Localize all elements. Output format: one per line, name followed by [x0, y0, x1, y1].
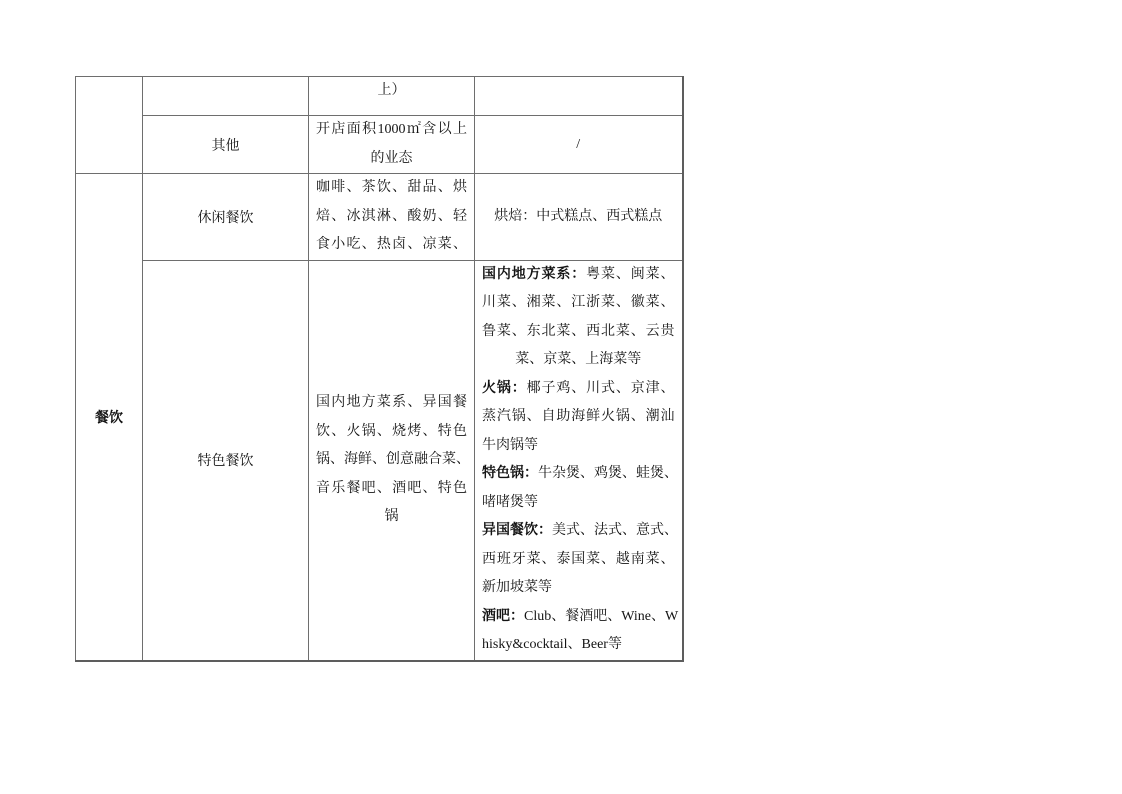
cell-section-catering: 餐饮 — [76, 174, 143, 662]
cell-special-dining-label: 特色餐饮 — [143, 260, 309, 661]
cell-other-note: / — [475, 116, 683, 174]
text-line: 啫啫煲等 — [482, 489, 675, 518]
cell-special-dining-detail: 国内地方菜系：粤菜、闽菜、川菜、湘菜、江浙菜、徽菜、鲁菜、东北菜、西北菜、云贵菜… — [475, 260, 683, 661]
text-line: 国内地方菜系：粤菜、闽菜、 — [482, 261, 675, 290]
text-line: 咖啡、茶饮、甜品、烘 — [316, 174, 467, 203]
table-row: 特色餐饮 国内地方菜系、异国餐饮、火锅、烧烤、特色锅、海鲜、创意融合菜、音乐餐吧… — [76, 260, 683, 661]
text-line: hisky&cocktail、Beer等 — [482, 631, 675, 660]
document-page: 上） 其他 开店面积1000㎡含以上的业态 / 餐饮 休闲餐饮 咖啡、茶饮、甜品… — [0, 0, 1122, 794]
text-line: 特色锅：牛杂煲、鸡煲、蛙煲、 — [482, 460, 675, 489]
text-line: 新加坡菜等 — [482, 574, 675, 603]
text-line: 焙、冰淇淋、酸奶、轻 — [316, 203, 467, 232]
text-line: 异国餐饮：美式、法式、意式、 — [482, 517, 675, 546]
cell-other-description: 开店面积1000㎡含以上的业态 — [309, 116, 475, 174]
cell-other-label: 其他 — [143, 116, 309, 174]
text-line: 酒吧：Club、餐酒吧、Wine、W — [482, 603, 675, 632]
cell-continuation-text: 上） — [309, 77, 475, 116]
text-line: 食小吃、热卤、凉菜、 — [316, 231, 467, 260]
text-line: 菜、京菜、上海菜等 — [482, 346, 675, 375]
cell-lines: 上） — [316, 77, 467, 106]
table-row: 餐饮 休闲餐饮 咖啡、茶饮、甜品、烘焙、冰淇淋、酸奶、轻食小吃、热卤、凉菜、 烘… — [76, 174, 683, 261]
cell-empty-section — [76, 77, 143, 174]
text-line: 锅 — [316, 503, 467, 532]
cell-lines: 国内地方菜系、异国餐饮、火锅、烧烤、特色锅、海鲜、创意融合菜、音乐餐吧、酒吧、特… — [316, 389, 467, 532]
cell-lines: 开店面积1000㎡含以上的业态 — [316, 116, 467, 173]
text-line: 牛肉锅等 — [482, 432, 675, 461]
cell-lines: 国内地方菜系：粤菜、闽菜、川菜、湘菜、江浙菜、徽菜、鲁菜、东北菜、西北菜、云贵菜… — [482, 261, 675, 660]
text-line: 的业态 — [316, 145, 467, 174]
cell-special-dining-items: 国内地方菜系、异国餐饮、火锅、烧烤、特色锅、海鲜、创意融合菜、音乐餐吧、酒吧、特… — [309, 260, 475, 661]
text-line: 音乐餐吧、酒吧、特色 — [316, 475, 467, 504]
text-line: 锅、海鲜、创意融合菜、 — [316, 446, 467, 475]
text-line: 国内地方菜系、异国餐 — [316, 389, 467, 418]
cell-leisure-dining-label: 休闲餐饮 — [143, 174, 309, 261]
text-line: 上） — [316, 77, 467, 106]
table-row: 其他 开店面积1000㎡含以上的业态 / — [76, 116, 683, 174]
business-category-table: 上） 其他 开店面积1000㎡含以上的业态 / 餐饮 休闲餐饮 咖啡、茶饮、甜品… — [75, 76, 684, 662]
text-line: 火锅：椰子鸡、川式、京津、 — [482, 375, 675, 404]
text-line: 烘焙：中式糕点、西式糕点 — [482, 203, 675, 232]
cell-leisure-dining-detail: 烘焙：中式糕点、西式糕点 — [475, 174, 683, 261]
table-row: 上） — [76, 77, 683, 116]
text-line: 西班牙菜、泰国菜、越南菜、 — [482, 546, 675, 575]
text-line: 蒸汽锅、自助海鲜火锅、潮汕 — [482, 403, 675, 432]
text-line: 饮、火锅、烧烤、特色 — [316, 418, 467, 447]
cell-lines: 咖啡、茶饮、甜品、烘焙、冰淇淋、酸奶、轻食小吃、热卤、凉菜、 — [316, 174, 467, 260]
text-line: 开店面积1000㎡含以上 — [316, 116, 467, 145]
cell-empty-r1c2 — [143, 77, 309, 116]
text-line: 川菜、湘菜、江浙菜、徽菜、 — [482, 289, 675, 318]
text-line: 鲁菜、东北菜、西北菜、云贵 — [482, 318, 675, 347]
cell-empty-r1c4 — [475, 77, 683, 116]
cell-leisure-dining-items: 咖啡、茶饮、甜品、烘焙、冰淇淋、酸奶、轻食小吃、热卤、凉菜、 — [309, 174, 475, 261]
cell-lines: 烘焙：中式糕点、西式糕点 — [482, 203, 675, 232]
